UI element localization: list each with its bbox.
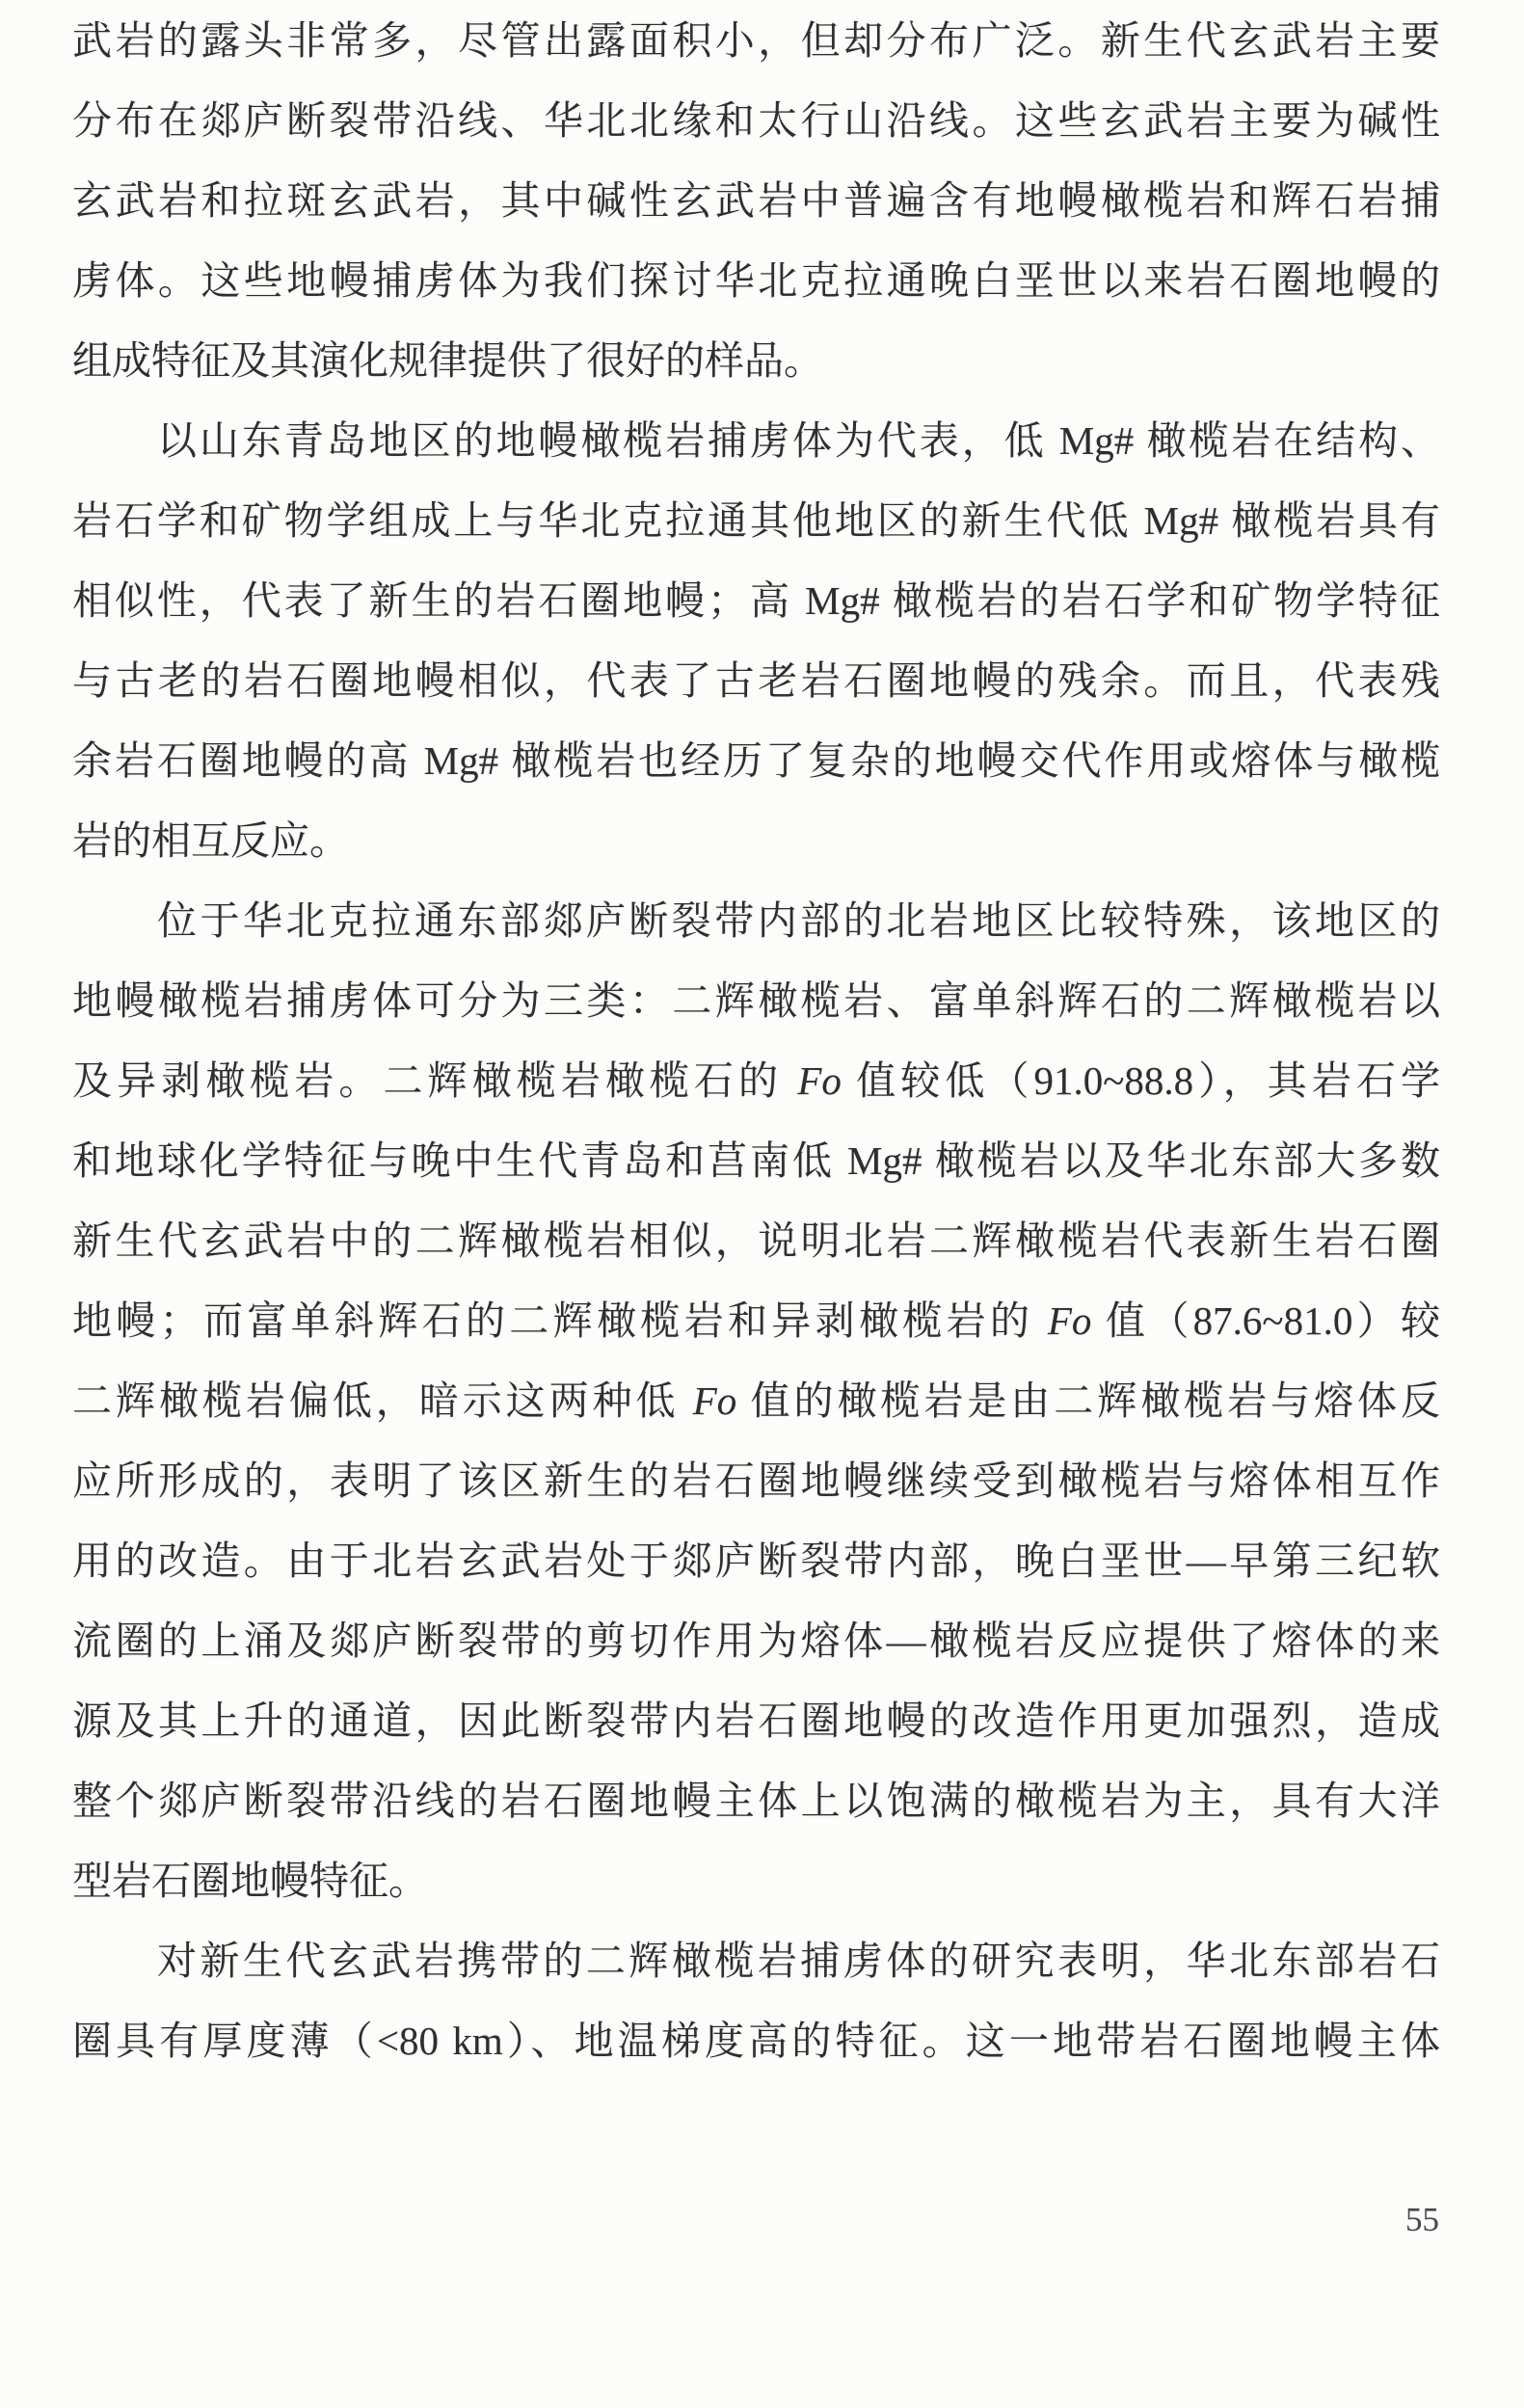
text-block: 武岩的露头非常多，尽管出露面积小，但却分布广泛。新生代玄武岩主要分布在郯庐断裂带…	[72, 1, 1440, 2081]
text-line: 型岩石圈地幔特征。	[72, 1841, 1440, 1921]
text-line: 应所形成的，表明了该区新生的岩石圈地幔继续受到橄榄岩与熔体相互作	[72, 1441, 1440, 1521]
text-line: 用的改造。由于北岩玄武岩处于郯庐断裂带内部，晚白垩世—早第三纪软	[72, 1521, 1440, 1601]
text-line: 余岩石圈地幔的高 Mg# 橄榄岩也经历了复杂的地幔交代作用或熔体与橄榄	[72, 721, 1440, 801]
text-line: 二辉橄榄岩偏低，暗示这两种低 Fo 值的橄榄岩是由二辉橄榄岩与熔体反	[72, 1361, 1440, 1441]
text-line: 位于华北克拉通东部郯庐断裂带内部的北岩地区比较特殊，该地区的	[72, 881, 1440, 961]
text-line: 岩的相互反应。	[72, 801, 1440, 881]
text-run: 源及其上升的通道，因此断裂带内岩石圈地幔的改造作用更加强烈，造成	[72, 1699, 1440, 1743]
text-run: 用的改造。由于北岩玄武岩处于郯庐断裂带内部，晚白垩世—早第三纪软	[72, 1538, 1440, 1583]
text-run: 玄武岩和拉斑玄武岩，其中碱性玄武岩中普遍含有地幔橄榄岩和辉石岩捕	[72, 178, 1440, 223]
text-line: 玄武岩和拉斑玄武岩，其中碱性玄武岩中普遍含有地幔橄榄岩和辉石岩捕	[72, 161, 1440, 241]
text-line: 分布在郯庐断裂带沿线、华北北缘和太行山沿线。这些玄武岩主要为碱性	[72, 81, 1440, 161]
text-line: 以山东青岛地区的地幔橄榄岩捕虏体为代表，低 Mg# 橄榄岩在结构、	[72, 401, 1440, 481]
italic-term: Fo	[693, 1378, 737, 1423]
text-run: 余岩石圈地幔的高 Mg# 橄榄岩也经历了复杂的地幔交代作用或熔体与橄榄	[72, 738, 1440, 783]
text-run: 值（87.6~81.0）较	[1091, 1298, 1440, 1343]
text-run: 地幔；而富单斜辉石的二辉橄榄岩和异剥橄榄岩的	[72, 1298, 1048, 1343]
text-run: 及异剥橄榄岩。二辉橄榄岩橄榄石的	[72, 1058, 797, 1103]
text-run: 岩石学和矿物学组成上与华北克拉通其他地区的新生代低 Mg# 橄榄岩具有	[72, 498, 1440, 543]
text-line: 相似性，代表了新生的岩石圈地幔；高 Mg# 橄榄岩的岩石学和矿物学特征	[72, 561, 1440, 641]
text-run: 型岩石圈地幔特征。	[72, 1859, 428, 1903]
text-run: 以山东青岛地区的地幔橄榄岩捕虏体为代表，低 Mg# 橄榄岩在结构、	[157, 418, 1440, 463]
text-run: 圈具有厚度薄（<80 km）、地温梯度高的特征。这一地带岩石圈地幔主体	[72, 2019, 1440, 2063]
text-line: 新生代玄武岩中的二辉橄榄岩相似，说明北岩二辉橄榄岩代表新生岩石圈	[72, 1201, 1440, 1281]
italic-term: Fo	[797, 1058, 842, 1103]
text-run: 值较低（91.0~88.8），其岩石学	[842, 1058, 1440, 1103]
text-run: 武岩的露头非常多，尽管出露面积小，但却分布广泛。新生代玄武岩主要	[72, 18, 1440, 63]
text-run: 组成特征及其演化规律提供了很好的样品。	[72, 338, 823, 383]
text-run: 二辉橄榄岩偏低，暗示这两种低	[72, 1378, 693, 1423]
document-page: 武岩的露头非常多，尽管出露面积小，但却分布广泛。新生代玄武岩主要分布在郯庐断裂带…	[0, 0, 1524, 2408]
text-run: 和地球化学特征与晚中生代青岛和莒南低 Mg# 橄榄岩以及华北东部大多数	[72, 1138, 1440, 1183]
text-line: 组成特征及其演化规律提供了很好的样品。	[72, 321, 1440, 401]
text-line: 整个郯庐断裂带沿线的岩石圈地幔主体上以饱满的橄榄岩为主，具有大洋	[72, 1761, 1440, 1841]
text-run: 地幔橄榄岩捕虏体可分为三类：二辉橄榄岩、富单斜辉石的二辉橄榄岩以	[72, 978, 1440, 1023]
italic-term: Fo	[1048, 1298, 1092, 1343]
text-line: 与古老的岩石圈地幔相似，代表了古老岩石圈地幔的残余。而且，代表残	[72, 641, 1440, 721]
text-line: 流圈的上涌及郯庐断裂带的剪切作用为熔体—橄榄岩反应提供了熔体的来	[72, 1601, 1440, 1681]
text-run: 岩的相互反应。	[72, 818, 349, 863]
text-line: 圈具有厚度薄（<80 km）、地温梯度高的特征。这一地带岩石圈地幔主体	[72, 2001, 1440, 2081]
text-run: 应所形成的，表明了该区新生的岩石圈地幔继续受到橄榄岩与熔体相互作	[72, 1458, 1440, 1503]
text-run: 与古老的岩石圈地幔相似，代表了古老岩石圈地幔的残余。而且，代表残	[72, 658, 1440, 703]
text-run: 新生代玄武岩中的二辉橄榄岩相似，说明北岩二辉橄榄岩代表新生岩石圈	[72, 1218, 1440, 1263]
text-run: 位于华北克拉通东部郯庐断裂带内部的北岩地区比较特殊，该地区的	[157, 898, 1440, 943]
text-run: 流圈的上涌及郯庐断裂带的剪切作用为熔体—橄榄岩反应提供了熔体的来	[72, 1619, 1440, 1663]
text-run: 对新生代玄武岩携带的二辉橄榄岩捕虏体的研究表明，华北东部岩石	[157, 1939, 1440, 1983]
text-line: 和地球化学特征与晚中生代青岛和莒南低 Mg# 橄榄岩以及华北东部大多数	[72, 1121, 1440, 1201]
text-run: 分布在郯庐断裂带沿线、华北北缘和太行山沿线。这些玄武岩主要为碱性	[72, 98, 1440, 143]
text-run: 值的橄榄岩是由二辉橄榄岩与熔体反	[736, 1378, 1440, 1423]
text-line: 地幔橄榄岩捕虏体可分为三类：二辉橄榄岩、富单斜辉石的二辉橄榄岩以	[72, 961, 1440, 1041]
text-line: 对新生代玄武岩携带的二辉橄榄岩捕虏体的研究表明，华北东部岩石	[72, 1921, 1440, 2001]
text-line: 岩石学和矿物学组成上与华北克拉通其他地区的新生代低 Mg# 橄榄岩具有	[72, 481, 1440, 561]
page-number: 55	[1405, 2200, 1439, 2240]
text-line: 地幔；而富单斜辉石的二辉橄榄岩和异剥橄榄岩的 Fo 值（87.6~81.0）较	[72, 1281, 1440, 1361]
text-line: 虏体。这些地幔捕虏体为我们探讨华北克拉通晚白垩世以来岩石圈地幔的	[72, 241, 1440, 321]
text-run: 虏体。这些地幔捕虏体为我们探讨华北克拉通晚白垩世以来岩石圈地幔的	[72, 258, 1440, 303]
text-line: 及异剥橄榄岩。二辉橄榄岩橄榄石的 Fo 值较低（91.0~88.8），其岩石学	[72, 1041, 1440, 1121]
text-run: 相似性，代表了新生的岩石圈地幔；高 Mg# 橄榄岩的岩石学和矿物学特征	[72, 578, 1440, 623]
text-run: 整个郯庐断裂带沿线的岩石圈地幔主体上以饱满的橄榄岩为主，具有大洋	[72, 1779, 1440, 1823]
text-line: 武岩的露头非常多，尽管出露面积小，但却分布广泛。新生代玄武岩主要	[72, 1, 1440, 81]
text-line: 源及其上升的通道，因此断裂带内岩石圈地幔的改造作用更加强烈，造成	[72, 1681, 1440, 1761]
